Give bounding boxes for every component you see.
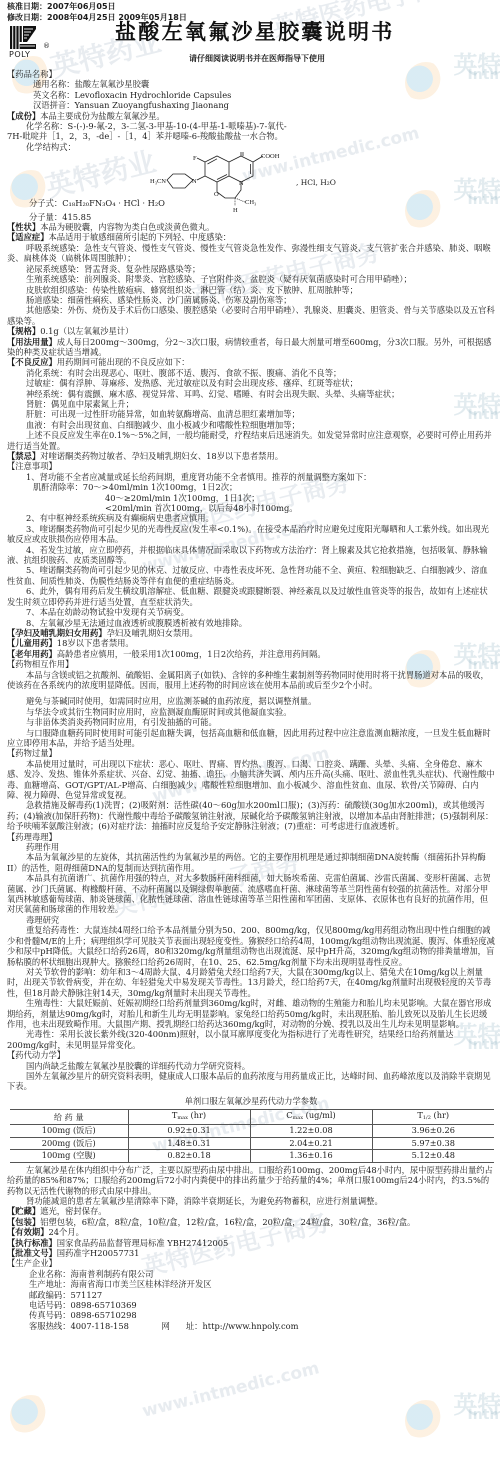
pk-paragraph: 肾功能减退的患者左氧氟沙星清除率下降，消除半衰期延长，为避免药物蓄积，应进行剂量… xyxy=(7,1196,495,1206)
logo-text: POLY xyxy=(9,50,47,60)
description-line: 【性状】本品为硬胶囊，内容物为类白色或淡黄色微丸。 xyxy=(7,222,495,232)
adverse-line: 【不良反应】用药期间可能出现的不良反应如下： xyxy=(7,357,495,367)
pk-header-thalf: T1/2 (hr) xyxy=(372,1110,494,1125)
pk-header-cmax: Cmax (ug/ml) xyxy=(250,1110,372,1125)
watermark-logo-icon xyxy=(10,1395,52,1437)
precaution-item: 3、喹诺酮类药物尚可引起少见的光毒性反应(发生率<0.1%)。在接受本品治疗时应… xyxy=(7,524,495,545)
indication-item: 泌尿系统感染：肾盂肾炎、复杂性尿路感染等； xyxy=(7,264,495,274)
pk-table-caption: 单剂口服左氧氟沙星药代动力学参数 xyxy=(7,1096,495,1106)
pregnancy-line: 【孕妇及哺乳期妇女用药】孕妇及哺乳期妇女禁用。 xyxy=(7,628,495,638)
indication-item: 生殖系统感染：前列腺炎、附睾炎、宫腔感染、子宫附件炎、盆腔炎（疑有厌氧菌感染时可… xyxy=(7,274,495,284)
package-insert: 核准日期：2007年06月05日 修改日期：2008年04月25日 2009年0… xyxy=(0,0,500,1331)
manufacturer-row: 电话号码：0898-65710369 xyxy=(29,1300,495,1310)
structure-label: 化学结构式： xyxy=(7,142,495,152)
generic-name-line: 通用名称：盐酸左氧氟沙星胶囊 xyxy=(7,79,495,89)
manufacturer-row: 企业名称：海南普利制药有限公司 xyxy=(29,1269,495,1279)
pk-paragraph: 左氧氟沙星在体内组织中分布广泛，主要以原型药由尿中排出。口服给药100mg、20… xyxy=(7,1165,495,1196)
section-heading-pharmacology: 【药理毒理】 xyxy=(7,832,495,842)
pharmacology-paragraph: 本品为氧氟沙星的左旋体，其抗菌活性约为氧氟沙星的两倍。它的主要作用机理是通过抑制… xyxy=(7,852,495,873)
manufacturer-row: 生产地址：海南省海口市美兰区桂林洋经济开发区 xyxy=(29,1279,495,1289)
manufacturer-row: 客服热线：4007-118-158 网址：http://www.hnpoly.c… xyxy=(29,1321,495,1331)
composition-line: 【成份】本品主要成份为盐酸左氧氟沙星。 xyxy=(7,111,495,121)
svg-text:F: F xyxy=(193,155,197,162)
adverse-summary: 上述不良反应发生率在0.1%～5%之间，一般均能耐受，疗程结束后迅速消失。如发觉… xyxy=(7,430,495,451)
section-heading-overdose: 【药物过量】 xyxy=(7,748,495,758)
renal-dose-table: 肌酐清除率：70～>40ml/min 1次100mg，1日2次； 40～≥20m… xyxy=(7,482,495,513)
section-heading-manufacturer: 【生产企业】 xyxy=(7,1258,495,1268)
pk-paragraph: 国内尚缺乏盐酸左氧氟沙星胶囊的详细药代动力学研究资料。 xyxy=(7,1061,495,1071)
watermark-right: 英特Intm xyxy=(454,1400,500,1421)
precaution-item: 8、左氧氟沙星无法通过血液透析或腹膜透析被有效地排除。 xyxy=(7,618,495,628)
pk-table: 给 药 量 Tmax (hr) Cmax (ug/ml) T1/2 (hr) 1… xyxy=(10,1109,494,1163)
table-row: 100mg (空腹) 0.82±0.18 1.36±0.16 5.12±0.48 xyxy=(10,1150,494,1163)
package-line: 【包装】铝塑包装，6粒/盒，8粒/盒，10粒/盒，12粒/盒，16粒/盒，20粒… xyxy=(7,1217,495,1227)
indication-item: 皮肤软组织感染：传染性脓疱病、蜂窝组织炎、淋巴管（结）炎、皮下脓肿、肛周脓肿等； xyxy=(7,285,495,295)
toxicology-paragraph: 生殖毒性：大鼠妊娠前、妊娠初期经口给药剂量到360mg/kg时，对雌、雄动物的生… xyxy=(7,998,495,1029)
approval-line: 【批准文号】国药准字H20057731 xyxy=(7,1248,495,1258)
adverse-item: 肾脏：偶见血中尿素氮上升； xyxy=(7,399,495,409)
adverse-item: 神经系统：偶有震颤、麻木感、视觉异常、耳鸣、幻觉、嗜睡、有时会出现失眠、头晕、头… xyxy=(7,389,495,399)
table-row: 100mg (饭后) 0.92±0.31 1.22±0.08 3.96±0.26 xyxy=(10,1125,494,1138)
indication-item: 其他感染：外伤、烧伤及手术后伤口感染、腹腔感染（必要时合用甲硝唑）、乳腺炎、胆囊… xyxy=(7,305,495,326)
pharmacology-paragraph: 本品具有抗菌谱广、抗菌作用强的特点，对大多数肠杆菌科细菌，如大肠埃希菌、克雷伯菌… xyxy=(7,873,495,915)
geriatric-line: 【老年用药】高龄患者应慎用，一般采用1次100mg，1日2次给药，并注意用药间隔… xyxy=(7,649,495,659)
table-row: 200mg (饭后) 1.48±0.31 2.04±0.21 5.97±0.38 xyxy=(10,1137,494,1150)
website-link[interactable]: http://www.hnpoly.com xyxy=(202,1321,298,1331)
overdose-symptoms: 本品使用过量时，可出现以下症状：恶心、呕吐、胃痛、胃灼热、腹泻、口渴、口腔炎、蹒… xyxy=(7,759,495,801)
watermark-logo-icon xyxy=(405,1400,447,1442)
chemical-structure: O F COOH N N H₃CN O CH₃ H , HCl, H₂O xyxy=(7,152,495,214)
document-header: POLY ® 盐酸左氧氟沙星胶囊说明书 请仔细阅读说明书并在医师指导下使用 xyxy=(7,23,495,69)
svg-text:COOH: COOH xyxy=(261,153,280,160)
svg-text:N: N xyxy=(192,178,197,185)
precaution-item: 6、此外，偶有用药后发生横纹肌溶解症、低血糖、跟腱炎或跟腱断裂、神经紊乱以及过敏… xyxy=(7,586,495,607)
svg-text:H₃CN: H₃CN xyxy=(150,178,166,185)
specification-line: 【规格】0.1g（以左氧氟沙星计） xyxy=(7,326,495,336)
indications-line: 【适应症】本品适用于敏感细菌所引起的下列轻、中度感染： xyxy=(7,232,495,242)
precaution-item: 1、肾功能不全者应减量或延长给药间期，重度肾功能不全者慎用。推荐的剂量调整方案如… xyxy=(7,472,495,482)
storage-line: 【贮藏】遮光，密封保存。 xyxy=(7,1206,495,1216)
svg-text:N: N xyxy=(239,180,244,187)
document-subtitle: 请仔细阅读说明书并在医师指导下使用 xyxy=(189,54,325,64)
standard-line: 【执行标准】国家食品药品监督管理局标准 YBH27412005 xyxy=(7,1238,495,1248)
section-heading-precautions: 【注意事项】 xyxy=(7,461,495,471)
registered-mark: ® xyxy=(43,41,50,51)
english-name-line: 英文名称：Levofloxacin Hydrochloride Capsules xyxy=(7,90,495,100)
dosage-line: 【用法用量】成人每日200mg～300mg，分2～3次口服，病情较重者，每日最大… xyxy=(7,337,495,358)
adverse-item: 肝脏：可出现一过性肝功能异常，如血转氨酶增高、血清总胆红素增加等； xyxy=(7,409,495,419)
interaction-paragraph: 与口服降血糖药同时使用时可能引起血糖失调，包括高血糖和低血糖，因此用药过程中应注… xyxy=(7,728,495,749)
manufacturer-row: 邮政编码：571127 xyxy=(29,1290,495,1300)
poly-logo-icon xyxy=(9,25,37,51)
precaution-item: 7、本品在幼龄动物试验中发现有关节病变。 xyxy=(7,607,495,617)
manufacturer-info: 企业名称：海南普利制药有限公司 生产地址：海南省海口市美兰区桂林洋经济开发区 邮… xyxy=(7,1269,495,1331)
svg-text:O: O xyxy=(214,191,219,198)
pinyin-name-line: 汉语拼音：Yansuan Zuoyangfushaxing Jiaonang xyxy=(7,100,495,110)
pk-table-header-row: 给 药 量 Tmax (hr) Cmax (ug/ml) T1/2 (hr) xyxy=(10,1110,494,1125)
interaction-paragraph: 避免与茶碱同时使用，如需同时应用，应监测茶碱的血药浓度，据以调整剂量。 xyxy=(7,696,495,706)
pk-header-tmax: Tmax (hr) xyxy=(128,1110,250,1125)
chemical-name-line: 化学名称：S-(-)-9-氟-2，3-二氢-3-甲基-10-(4-甲基-1-哌嗪… xyxy=(7,121,495,131)
section-heading-pharmacokinetics: 【药代动力学】 xyxy=(7,1050,495,1060)
watermark-url: www.intmedic.com xyxy=(141,1363,320,1417)
precaution-item: 4、若发生过敏，应立即停药，并根据临床具体情况而采取以下药物或方法治疗：肾上腺素… xyxy=(7,545,495,566)
toxicology-paragraph: 光毒性：采用长波长紫外线(320-400nm)照射，以小鼠耳廓厚度变化为指标进行… xyxy=(7,1029,495,1050)
document-title: 盐酸左氧氟沙星胶囊说明书 xyxy=(115,27,395,37)
subheading-action: 药理作用 xyxy=(7,842,495,852)
poly-logo: POLY xyxy=(9,25,47,60)
pediatric-line: 【儿童用药】18岁以下患者禁用。 xyxy=(7,638,495,648)
toxicology-paragraph: 对关节软骨的影响：幼年和3～4周龄大鼠、4月龄猎兔犬经口给药7天，大鼠在300m… xyxy=(7,967,495,998)
svg-text:CH₃: CH₃ xyxy=(245,199,256,206)
indication-item: 肠道感染：细菌性痢疾、感染性肠炎、沙门菌属肠炎、伤寒及副伤寒等； xyxy=(7,295,495,305)
contraindications-line: 【禁忌】对喹诺酮类药物过敏者、孕妇及哺乳期妇女、18岁以下患者禁用。 xyxy=(7,451,495,461)
toxicology-paragraph: 重复给药毒性：大鼠连续4周经口给予本品剂量分别为50、200、800mg/kg，… xyxy=(7,925,495,967)
svg-text:H: H xyxy=(233,207,238,214)
interaction-paragraph: 与非甾体类消炎药物同时应用，有引发抽搐的可能。 xyxy=(7,717,495,727)
section-heading-interactions: 【药物相互作用】 xyxy=(7,659,495,669)
approval-date-line: 核准日期：2007年06月05日 xyxy=(7,2,495,13)
chemical-name-continued: 7H-吡啶并［1，2，3，-de］-［1，4］苯并噁嗪-6-羧酸盐酸盐一水合物。 xyxy=(7,131,495,141)
adverse-item: 过敏症：偶有浮肿、荨麻疹、发热感、光过敏症以及有时会出现皮疹、瘙痒、红斑等症状； xyxy=(7,378,495,388)
manufacturer-row: 传真号码：0898-65710298 xyxy=(29,1310,495,1320)
precaution-item: 2、有中枢神经系统疾病及有癫痫病史患者应慎用。 xyxy=(7,513,495,523)
subheading-toxicology: 毒理研究 xyxy=(7,915,495,925)
adverse-item: 血液：有时会出现贫血、白细胞减少、血小板减少和嗜酸性粒细胞增加等； xyxy=(7,420,495,430)
interaction-paragraph: 与华法令或其衍生物同时应用时，应监测凝血酶原时间或其他凝血实验。 xyxy=(7,707,495,717)
pk-paragraph: 国外左氧氟沙星片的研究资料表明，健康成人口服本品后的血药浓度与用药量成正比，达峰… xyxy=(7,1071,495,1092)
overdose-treatment: 急救措施及解毒药(1)洗胃；(2)吸附剂：活性碳(40～60g加水200ml口服… xyxy=(7,800,495,831)
validity-line: 【有效期】24个月。 xyxy=(7,1227,495,1237)
section-heading-drug-name: 【药品名称】 xyxy=(7,69,495,79)
hotline-number: 4007-118-158 xyxy=(71,1321,129,1331)
indication-item: 呼吸系统感染：急性支气管炎、慢性支气管炎、慢性支气管炎急性发作、弥漫性细支气管炎… xyxy=(7,243,495,264)
interaction-paragraph: 本品与含镁或铝之抗酸剂、硫酸铝、金属阳离子(如铁)、含锌的多种维生素制剂等药物同… xyxy=(7,670,495,691)
salt-label: , HCl, H₂O xyxy=(296,178,336,188)
levofloxacin-structure-icon: O F COOH N N H₃CN O CH₃ H xyxy=(147,152,297,214)
precaution-item: 5、喹诺酮类药物尚可引起少见的休克、过敏反应、中毒性表皮坏死、急性肾功能不全、黄… xyxy=(7,565,495,586)
adverse-item: 消化系统：有时会出现恶心、呕吐、腹部不适、腹泻、食欲不振、腹痛、消化不良等； xyxy=(7,368,495,378)
pk-header-dose: 给 药 量 xyxy=(10,1110,128,1125)
